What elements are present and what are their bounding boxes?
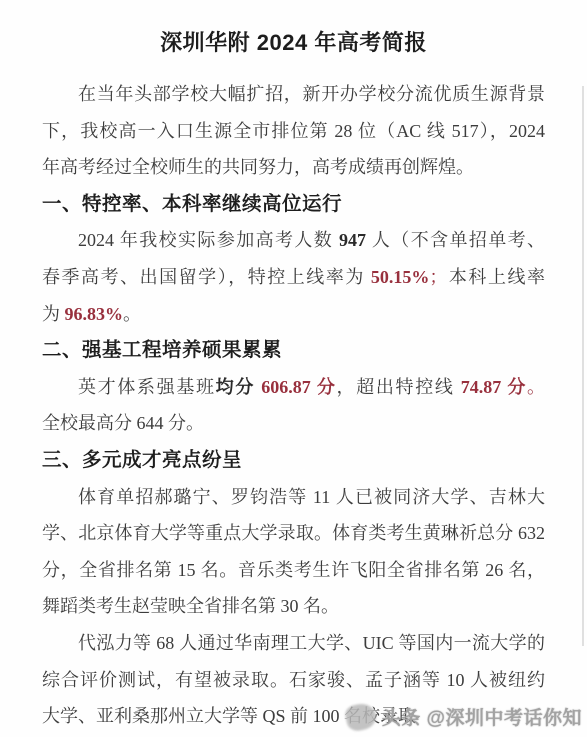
text-line: 体育单招郝璐宁、罗钧浩等 11 人已被同济大学、吉林大 — [42, 479, 545, 516]
text-segment: 分，全省排名第 15 名。音乐类考生许飞阳全省排名第 26 名， — [42, 560, 545, 580]
text-segment: 三、多元成才亮点纷呈 — [42, 449, 242, 471]
toutiao-logo-icon — [343, 701, 378, 733]
doc-title: 深圳华附 2024 年高考简报 — [42, 24, 545, 62]
watermark-text: 头条 @深圳中考话你知 — [382, 703, 582, 730]
text-segment: 一、特控率、本科率继续高位运行 — [42, 193, 342, 215]
page-edge-line — [582, 86, 584, 646]
section-heading: 二、强基工程培养硕果累累 — [42, 332, 545, 369]
text-line: 综合评价测试，有望被录取。石家骏、孟子涵等 10 人被纽约 — [42, 662, 545, 699]
section-heading: 一、特控率、本科率继续高位运行 — [42, 186, 545, 223]
text-segment: 。 — [123, 304, 141, 324]
text-segment: 二、强基工程培养硕果累累 — [42, 339, 282, 361]
text-segment: 舞蹈类考生赵莹映全省排名第 30 名。 — [42, 596, 339, 616]
section-heading: 三、多元成才亮点纷呈 — [42, 442, 545, 479]
watermark: 头条 @深圳中考话你知 — [346, 703, 582, 730]
text-segment: 96.83% — [65, 304, 124, 324]
text-segment: 606.87 分 — [261, 377, 336, 397]
document-body: 深圳华附 2024 年高考简报在当年头部学校大幅扩招，新开办学校分流优质生源背景… — [42, 24, 545, 735]
text-segment: 体育单招郝璐宁、罗钧浩等 11 人已被同济大学、吉林大 — [78, 487, 545, 507]
text-segment: 在当年头部学校大幅扩招，新开办学校分流优质生源背景 — [78, 84, 545, 104]
text-segment: ，超出特控线 — [337, 377, 461, 397]
text-segment: 全校最高分 644 分。 — [42, 413, 204, 433]
text-line: 2024 年我校实际参加高考人数 947 人（不含单招单考、 — [42, 222, 545, 259]
text-segment: 947 — [339, 230, 366, 250]
text-segment: ； — [429, 267, 447, 287]
text-segment: 。 — [527, 377, 545, 397]
text-line: 英才体系强基班均分 606.87 分，超出特控线 74.87 分。 — [42, 369, 545, 406]
text-segment: 50.15% — [371, 267, 430, 287]
text-line: 在当年头部学校大幅扩招，新开办学校分流优质生源背景 — [42, 76, 545, 113]
text-segment: 代泓力等 68 人通过华南理工大学、UIC 等国内一流大学的 — [78, 633, 545, 653]
text-line: 为 96.83%。 — [42, 296, 545, 333]
text-segment: 英才体系强基班 — [78, 377, 216, 397]
text-line: 舞蹈类考生赵莹映全省排名第 30 名。 — [42, 588, 545, 625]
text-line: 学、北京体育大学等重点大学录取。体育类考生黄琳祈总分 632 — [42, 515, 545, 552]
text-segment: 年高考经过全校师生的共同努力，高考成绩再创辉煌。 — [42, 157, 474, 177]
text-line: 分，全省排名第 15 名。音乐类考生许飞阳全省排名第 26 名， — [42, 552, 545, 589]
text-segment: 春季高考、出国留学），特控上线率为 — [42, 267, 371, 287]
text-segment: 本科上线率 — [447, 267, 545, 287]
text-line: 年高考经过全校师生的共同努力，高考成绩再创辉煌。 — [42, 149, 545, 186]
text-segment: 下，我校高一入口生源全市排位第 28 位（AC 线 517），2024 — [42, 121, 545, 141]
text-segment: 综合评价测试，有望被录取。石家骏、孟子涵等 10 人被纽约 — [42, 670, 545, 690]
text-line: 春季高考、出国留学），特控上线率为 50.15%；本科上线率 — [42, 259, 545, 296]
text-segment: 74.87 分 — [461, 377, 527, 397]
text-line: 全校最高分 644 分。 — [42, 405, 545, 442]
text-line: 代泓力等 68 人通过华南理工大学、UIC 等国内一流大学的 — [42, 625, 545, 662]
text-segment: 2024 年我校实际参加高考人数 — [78, 230, 339, 250]
text-segment: 学、北京体育大学等重点大学录取。体育类考生黄琳祈总分 632 — [42, 523, 545, 543]
text-segment: 为 — [42, 304, 65, 324]
text-segment: 均分 — [216, 377, 255, 397]
text-segment: 深圳华附 2024 年高考简报 — [160, 30, 427, 55]
text-segment: 人（不含单招单考、 — [366, 230, 545, 250]
document-page: 深圳华附 2024 年高考简报在当年头部学校大幅扩招，新开办学校分流优质生源背景… — [0, 0, 587, 737]
text-line: 下，我校高一入口生源全市排位第 28 位（AC 线 517），2024 — [42, 113, 545, 150]
